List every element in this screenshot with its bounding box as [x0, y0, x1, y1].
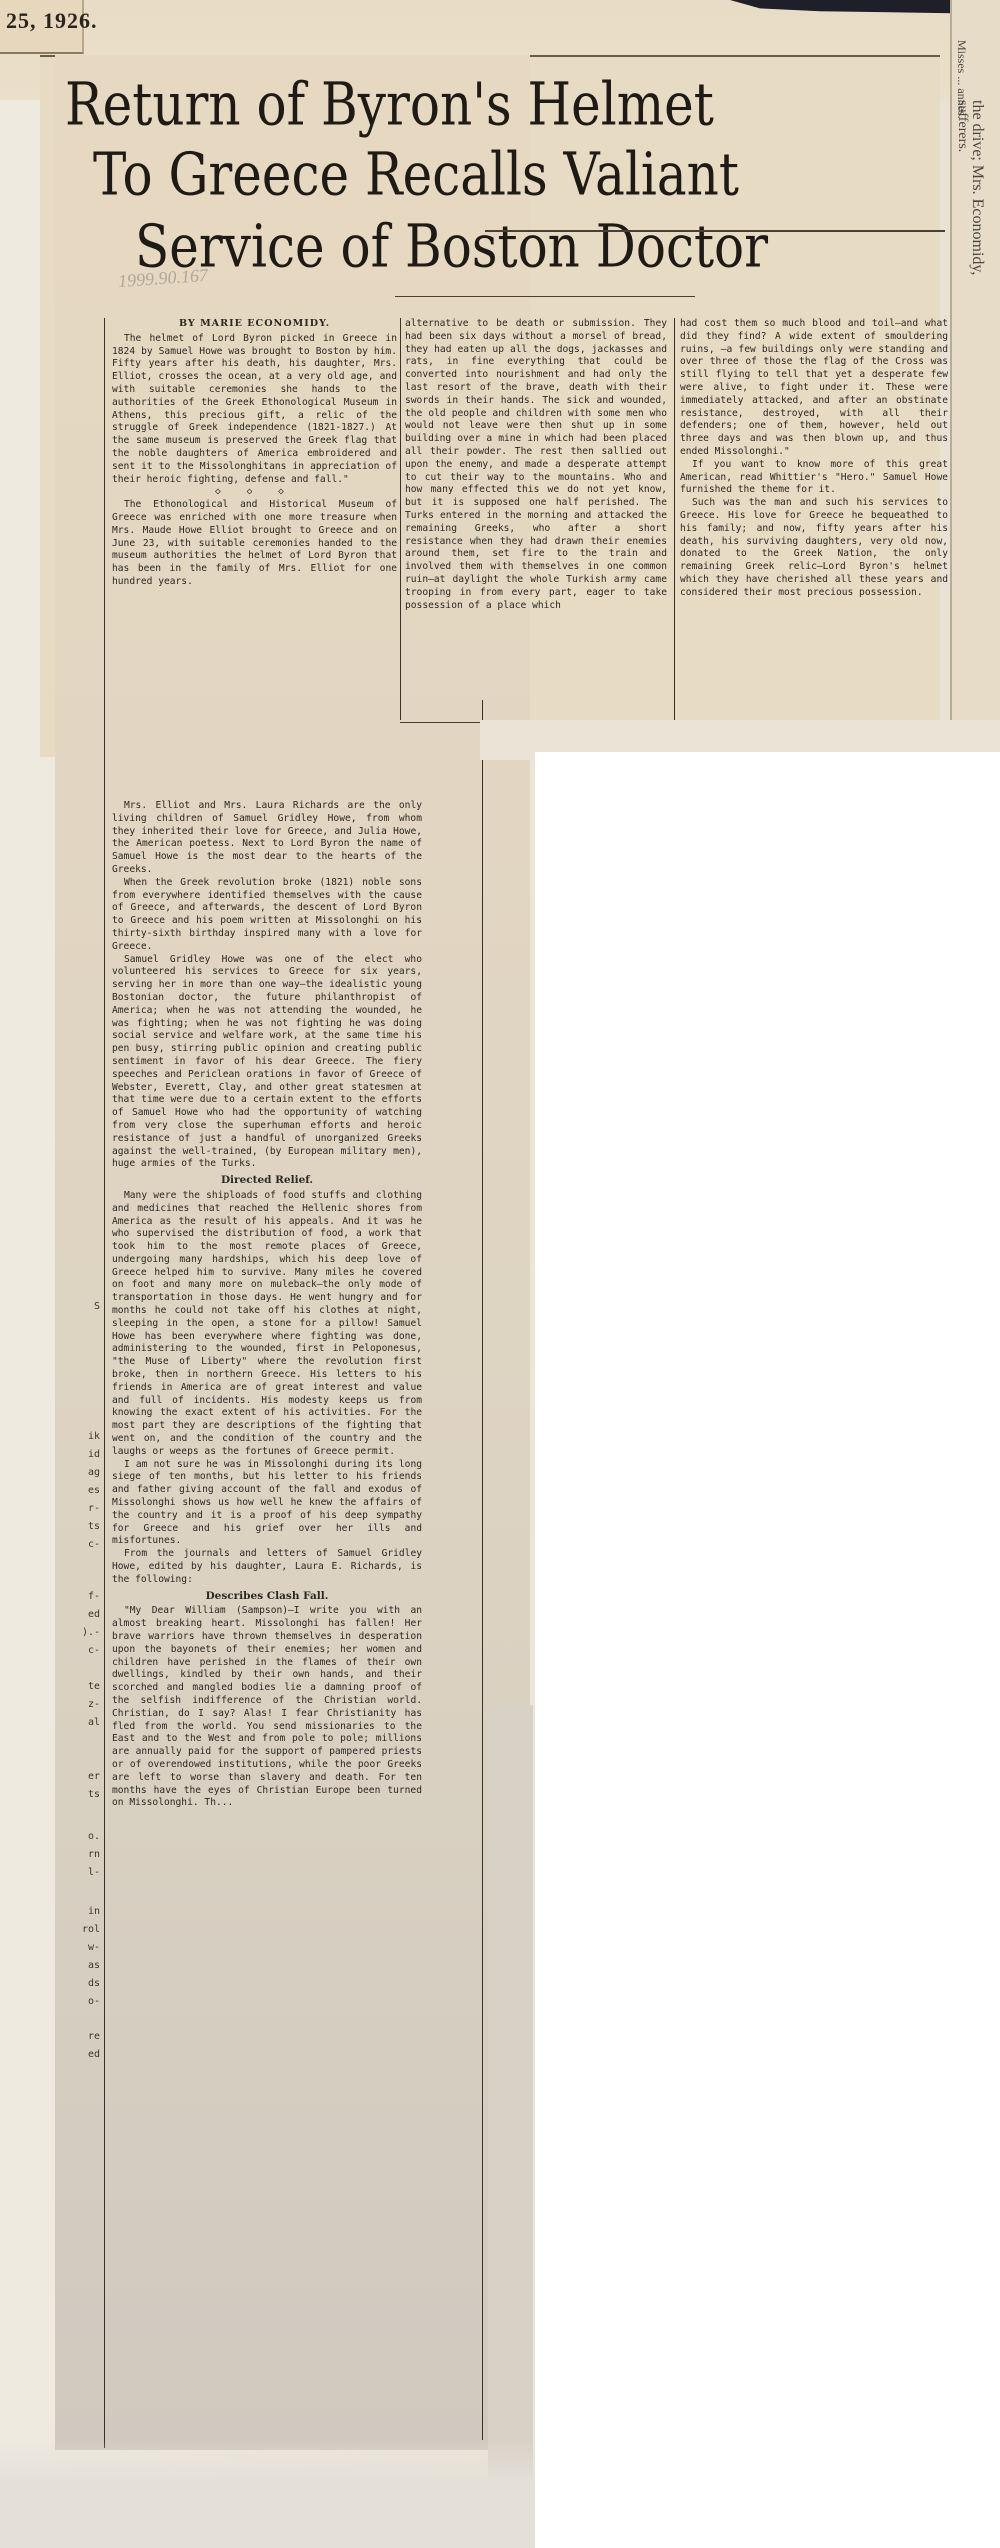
right-column-rule [482, 700, 483, 2440]
paragraph: alternative to be death or submission. T… [405, 318, 667, 612]
article-column-1-continued: Mrs. Elliot and Mrs. Laura Richards are … [112, 800, 422, 1810]
margin-fragment: S [78, 1300, 100, 1313]
margin-fragment: z- [78, 1698, 100, 1711]
margin-fragment: te [78, 1680, 100, 1693]
paragraph: Mrs. Elliot and Mrs. Laura Richards are … [112, 800, 422, 877]
column-divider-2 [674, 318, 675, 720]
paragraph: From the journals and letters of Samuel … [112, 1548, 422, 1586]
margin-fragment: ts [78, 1788, 100, 1801]
margin-fragment: f- [78, 1590, 100, 1603]
margin-fragment: w- [78, 1941, 100, 1954]
subhead-directed-relief: Directed Relief. [112, 1174, 422, 1187]
left-column-rule [104, 318, 105, 2448]
margin-fragment: in [78, 1905, 100, 1918]
paragraph: had cost them so much blood and toil—and… [680, 318, 948, 459]
paragraph: Such was the man and such his services t… [680, 497, 948, 599]
bottom-board [0, 2440, 535, 2548]
margin-fragment: er [78, 1770, 100, 1783]
margin-fragment: as [78, 1959, 100, 1972]
article-column-2: alternative to be death or submission. T… [405, 318, 667, 612]
margin-fragment: rn [78, 1848, 100, 1861]
vertical-text-3: sufferers. [954, 100, 970, 152]
paragraph: I am not sure he was in Missolonghi duri… [112, 1459, 422, 1549]
margin-fragment: l- [78, 1866, 100, 1879]
margin-fragment: id [78, 1448, 100, 1461]
margin-fragment: r- [78, 1502, 100, 1515]
headline-underline [395, 296, 695, 297]
paragraph: If you want to know more of this great A… [680, 459, 948, 497]
headline-rule [485, 230, 945, 232]
margin-fragment: ik [78, 1430, 100, 1443]
margin-fragment: al [78, 1716, 100, 1729]
column-divider-1 [400, 318, 401, 720]
margin-fragment: c- [78, 1644, 100, 1657]
margin-fragment: o. [78, 1830, 100, 1843]
margin-fragment: ts [78, 1520, 100, 1533]
margin-fragment: ag [78, 1466, 100, 1479]
section-dingbats: ◇ ◇ ◇ [112, 486, 397, 499]
vertical-text-2: the drive; Mrs. Economidy, [968, 100, 986, 275]
margin-fragment: c- [78, 1538, 100, 1551]
byline: BY MARIE ECONOMIDY. [112, 318, 397, 331]
margin-fragment: rol [78, 1923, 100, 1936]
adjacent-clipping: Misses ... annes. the drive; Mrs. Econom… [950, 0, 1000, 740]
blank-white-area [535, 752, 1000, 2548]
paragraph: Many were the shiploads of food stuffs a… [112, 1190, 422, 1459]
margin-fragment: re [78, 2030, 100, 2043]
paragraph: Samuel Gridley Howe was one of the elect… [112, 954, 422, 1172]
headline-line-2: To Greece Recalls Valiant [93, 140, 739, 208]
margin-fragment: ed [78, 2048, 100, 2061]
headline-line-1: Return of Byron's Helmet [65, 70, 714, 138]
date-fragment: 25, 1926. [6, 8, 98, 34]
paragraph: The helmet of Lord Byron picked in Greec… [112, 333, 397, 487]
margin-fragment: ).- [78, 1626, 100, 1639]
paragraph: "My Dear William (Sampson)—I write you w… [112, 1605, 422, 1810]
margin-fragment: es [78, 1484, 100, 1497]
article-column-3: had cost them so much blood and toil—and… [680, 318, 948, 600]
subhead-describes-fall: Describes Clash Fall. [112, 1590, 422, 1603]
article-column-1: BY MARIE ECONOMIDY. The helmet of Lord B… [112, 318, 397, 589]
lower-paper-strip [488, 1705, 533, 2548]
headline-line-3: Service of Boston Doctor [135, 212, 768, 280]
paragraph: When the Greek revolution broke (1821) n… [112, 877, 422, 954]
margin-fragment: ds [78, 1977, 100, 1990]
margin-fragment: ed [78, 1608, 100, 1621]
paragraph: The Ethonological and Historical Museum … [112, 499, 397, 589]
margin-fragment: o- [78, 1995, 100, 2008]
